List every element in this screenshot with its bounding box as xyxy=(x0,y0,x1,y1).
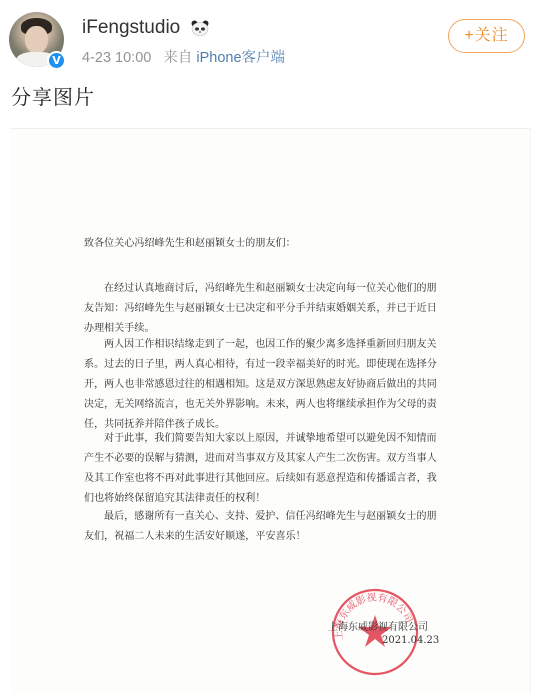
statement-greeting: 致各位关心冯绍峰先生和赵丽颖女士的朋友们： xyxy=(84,234,296,254)
paragraph-line: 友们，祝福二人未来的生活安好顺遂，平安喜乐！ xyxy=(84,527,444,547)
statement-signature: 上海东威影视有限公司 xyxy=(328,618,428,633)
paragraph-line: 最后，感谢所有一直关心、支持、爱护、信任冯绍峰先生与赵丽颖女士的朋 xyxy=(84,507,444,527)
follow-button[interactable]: +关注 xyxy=(448,19,525,53)
paragraph-line: 产生不必要的误解与猜测，进而对当事双方及其家人产生二次伤害。双方当事人 xyxy=(84,449,444,469)
statement-paragraph-2: 两人因工作相识结缘走到了一起，也因工作的聚少离多选择重新回归朋友关 系。过去的日… xyxy=(84,335,444,435)
panda-icon xyxy=(191,20,209,36)
paragraph-line: 及其工作室也将不再对此事进行其他回应。后续如有恶意捏造和传播谣言者，我 xyxy=(84,469,444,489)
avatar-face xyxy=(25,26,48,54)
paragraph-line: 系。过去的日子里，两人真心相待，有过一段幸福美好的时光。即使现在选择分 xyxy=(84,355,444,375)
source-prefix: 来自 xyxy=(163,50,192,66)
paragraph-line: 两人因工作相识结缘走到了一起，也因工作的聚少离多选择重新回归朋友关 xyxy=(84,335,444,355)
post-meta: 4-23 10:00 来自 iPhone客户端 xyxy=(82,48,285,68)
paragraph-line: 对于此事，我们简要告知大家以上原因，并诚挚地希望可以避免因不知情而 xyxy=(84,429,444,449)
statement-paragraph-4: 最后，感谢所有一直关心、支持、爱护、信任冯绍峰先生与赵丽颖女士的朋 友们，祝福二… xyxy=(84,507,444,547)
paragraph-line: 在经过认真地商讨后，冯绍峰先生和赵丽颖女士决定向每一位关心他们的朋 xyxy=(84,279,444,299)
statement-paragraph-3: 对于此事，我们简要告知大家以上原因，并诚挚地希望可以避免因不知情而 产生不必要的… xyxy=(84,429,444,509)
verified-v-icon: V xyxy=(47,51,66,70)
paragraph-line: 友告知：冯绍峰先生与赵丽颖女士已决定和平分手并结束婚姻关系，并已于近日 xyxy=(84,299,444,319)
source-client-link[interactable]: iPhone客户端 xyxy=(196,50,285,66)
post-text: 分享图片 xyxy=(11,85,95,111)
statement-date: 2021.04.23 xyxy=(382,635,439,646)
post-image-statement[interactable]: 致各位关心冯绍峰先生和赵丽颖女士的朋友们： 在经过认真地商讨后，冯绍峰先生和赵丽… xyxy=(10,128,531,694)
paragraph-line: 们也将始终保留追究其法律责任的权利！ xyxy=(84,489,444,509)
paragraph-line: 决定，无关网络流言，也无关外界影响。未来，两人也将继续承担作为父母的责 xyxy=(84,395,444,415)
post-time[interactable]: 4-23 10:00 xyxy=(82,50,151,66)
paragraph-line: 开，两人也非常感恩过往的相遇相知。这是双方深思熟虑友好协商后做出的共同 xyxy=(84,375,444,395)
author-name[interactable]: iFengstudio xyxy=(82,16,180,40)
statement-paragraph-1: 在经过认真地商讨后，冯绍峰先生和赵丽颖女士决定向每一位关心他们的朋 友告知：冯绍… xyxy=(84,279,444,339)
